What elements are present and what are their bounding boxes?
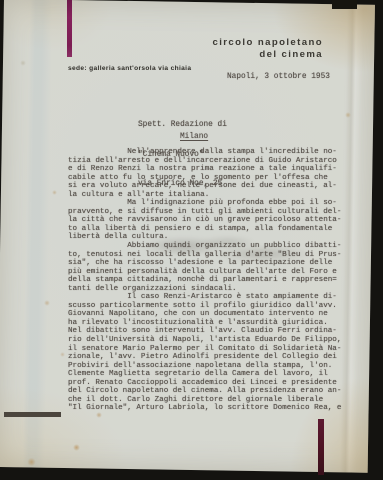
body-text-line: e di Renzo Renzi la nostra prima reazion… (68, 165, 341, 174)
maroon-registration-bar (318, 419, 324, 475)
recipient-city: Milano (180, 133, 208, 141)
body-text-line: zionale, l'avv. Pietro Adinolfi presiden… (68, 353, 341, 362)
body-text-line: Probiviri dell'associazione napoletana d… (68, 362, 341, 371)
paper-stain (27, 458, 36, 466)
body-text-line: tanti delle organizzazioni sindacali. (68, 285, 341, 294)
letter-body: Nell'apprendere dalla stampa l'incredibi… (68, 148, 341, 413)
body-text-line: to, tenutosi nei locali della galleria d… (68, 251, 341, 260)
body-text-line: Il caso Renzi-Aristarco è stato ampiamen… (68, 293, 341, 302)
paper-stain (60, 352, 65, 357)
org-name-line2: del cinema (150, 49, 323, 61)
paper-stain (52, 190, 57, 195)
paper-stain (44, 300, 50, 306)
body-text-line: più eminenti personalità della cultura d… (68, 268, 341, 277)
magenta-registration-bar (67, 0, 72, 57)
body-text-line: rio dell'Università di Napoli, l'artista… (68, 336, 341, 345)
scan-artifact-bar-left (4, 412, 61, 417)
date-line: Napoli, 3 ottobre 1953 (227, 73, 330, 81)
paper-stain (96, 412, 102, 418)
letterhead-organization: circolo napoletano del cinema (150, 37, 323, 60)
body-text-line: Nel dibattito sono intervenuti l'avv. Cl… (68, 327, 341, 336)
body-text-line: "Il Giornale", Arturo Labriola, lo scrit… (68, 404, 341, 413)
body-text-line: sia", che ha riscosso l'adesione e la pa… (68, 259, 341, 268)
letter-content: sede: galleria sant'orsola via chiaia ci… (0, 0, 383, 480)
paper-stain (20, 60, 26, 66)
body-text-line: si era voluto arrecare, nelle persone de… (68, 182, 341, 191)
body-text-line: Abbiamo quindi organizzato un pubblico d… (68, 242, 341, 251)
letterhead-address: sede: galleria sant'orsola via chiaia (68, 65, 191, 72)
body-text-line: libertà della cultura. (68, 233, 341, 242)
paper-stain (73, 444, 80, 451)
body-text-line: cabile atto fu lo stupore, e lo sgomento… (68, 174, 341, 183)
body-text-line: la cultura e all'arte italiana. (68, 191, 341, 200)
body-text-line: della stampa cittadina, nonchè di parlam… (68, 276, 341, 285)
body-text-line: tizia dell'arresto e dell'incarcerazione… (68, 157, 341, 166)
paper-stain (345, 112, 351, 118)
body-text-line: Nell'apprendere dalla stampa l'incredibi… (68, 148, 341, 157)
body-text-line: del Circolo napoletano del cinema. Alla … (68, 387, 341, 396)
recipient-line1: Spett. Redazione di (138, 121, 227, 131)
body-text-line: la città che ravvisarono in ciò un grave… (68, 216, 341, 225)
body-text-line: Clemente Maglietta segretario della Came… (68, 370, 341, 379)
body-text-line: Giovanni Napolitano, che con un document… (68, 310, 341, 319)
body-text-line: Ma l'indignazione più profonda ebbe poi … (68, 199, 341, 208)
org-name-line1: circolo napoletano (150, 37, 323, 49)
body-text-line: il senatore Mario Palermo per il Comitat… (68, 345, 341, 354)
scan-edge-notch (332, 0, 357, 9)
